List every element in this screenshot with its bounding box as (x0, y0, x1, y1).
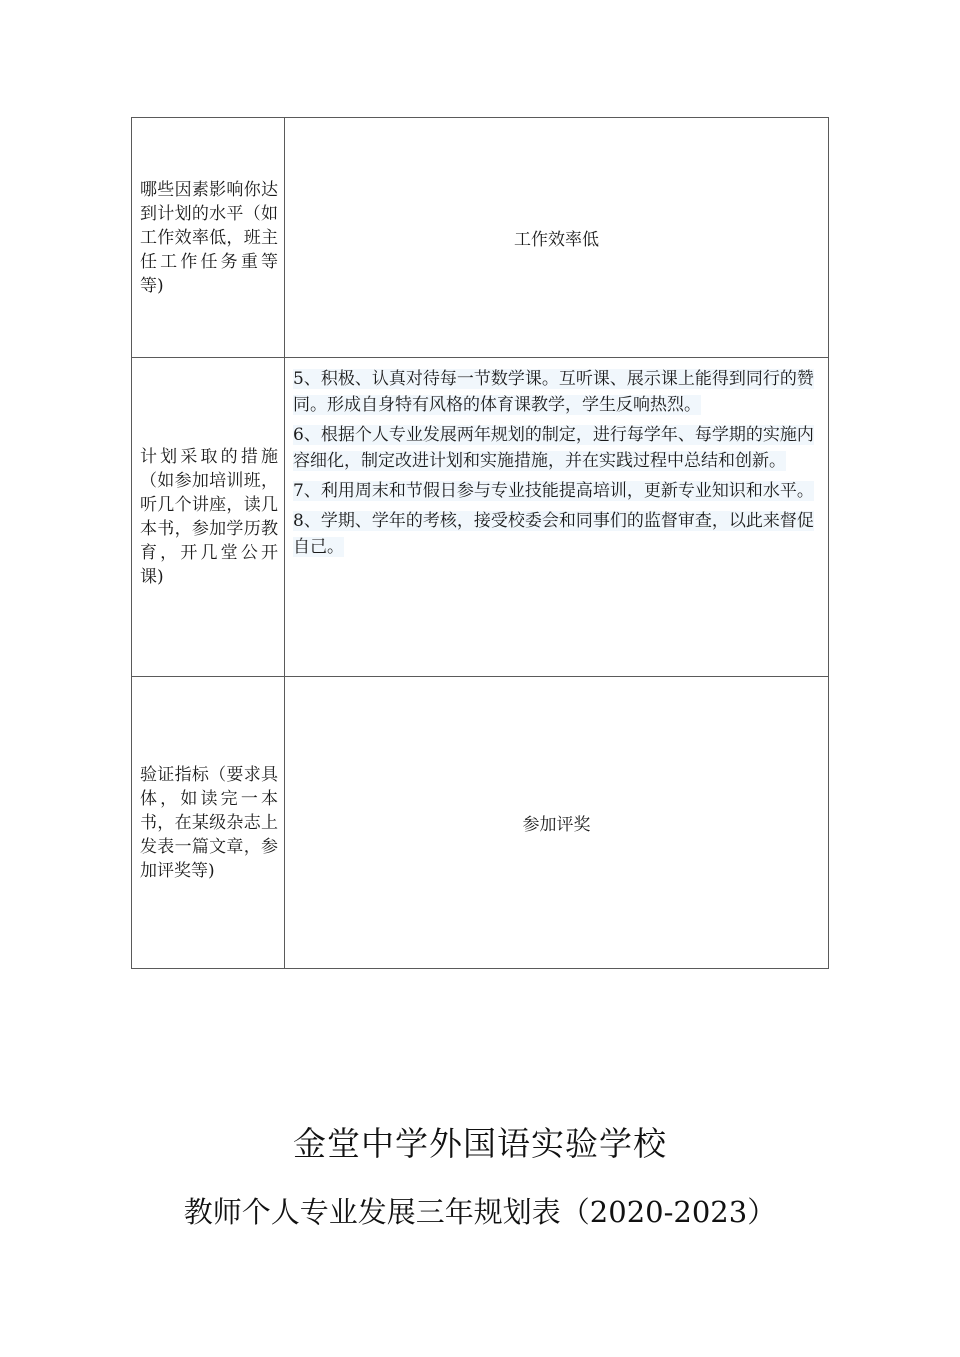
table-row-measures: 计划采取的措施（如参加培训班，听几个讲座，读几本书，参加学历教育，开几堂公开课)… (132, 358, 829, 677)
verification-label-cell: 验证指标（要求具体，如读完一本书，在某级杂志上发表一篇文章，参加评奖等) (132, 677, 285, 969)
factors-value: 工作效率低 (514, 230, 599, 250)
school-title: 金堂中学外国语实验学校 (0, 1118, 960, 1165)
measures-label-cell: 计划采取的措施（如参加培训班，听几个讲座，读几本书，参加学历教育，开几堂公开课) (132, 358, 285, 677)
measure-text: 5、积极、认真对待每一节数学课。互听课、展示课上能得到同行的赞同。形成自身特有风… (293, 369, 814, 415)
factors-label: 哪些因素影响你达到计划的水平（如工作效率低，班主任工作任务重等等) (140, 178, 278, 298)
plan-subtitle: 教师个人专业发展三年规划表（2020-2023） (0, 1190, 960, 1231)
measure-text: 8、学期、学年的考核，接受校委会和同事们的监督审查，以此来督促自己。 (293, 511, 814, 557)
table-row-factors: 哪些因素影响你达到计划的水平（如工作效率低，班主任工作任务重等等) 工作效率低 (132, 118, 829, 358)
measure-item: 8、学期、学年的考核，接受校委会和同事们的监督审查，以此来督促自己。 (293, 508, 820, 560)
verification-value: 参加评奖 (523, 815, 591, 835)
measures-value-cell: 5、积极、认真对待每一节数学课。互听课、展示课上能得到同行的赞同。形成自身特有风… (285, 358, 829, 677)
measure-text: 7、利用周末和节假日参与专业技能提高培训，更新专业知识和水平。 (293, 481, 814, 501)
plan-table: 哪些因素影响你达到计划的水平（如工作效率低，班主任工作任务重等等) 工作效率低 … (131, 117, 829, 969)
measure-item: 6、根据个人专业发展两年规划的制定，进行每学年、每学期的实施内容细化，制定改进计… (293, 422, 820, 474)
verification-label: 验证指标（要求具体，如读完一本书，在某级杂志上发表一篇文章，参加评奖等) (140, 763, 278, 883)
measure-text: 6、根据个人专业发展两年规划的制定，进行每学年、每学期的实施内容细化，制定改进计… (293, 425, 814, 471)
measure-item: 7、利用周末和节假日参与专业技能提高培训，更新专业知识和水平。 (293, 478, 820, 504)
factors-label-cell: 哪些因素影响你达到计划的水平（如工作效率低，班主任工作任务重等等) (132, 118, 285, 358)
factors-value-cell: 工作效率低 (285, 118, 829, 358)
measures-label: 计划采取的措施（如参加培训班，听几个讲座，读几本书，参加学历教育，开几堂公开课) (140, 445, 278, 589)
verification-value-cell: 参加评奖 (285, 677, 829, 969)
table-row-verification: 验证指标（要求具体，如读完一本书，在某级杂志上发表一篇文章，参加评奖等) 参加评… (132, 677, 829, 969)
measure-item: 5、积极、认真对待每一节数学课。互听课、展示课上能得到同行的赞同。形成自身特有风… (293, 366, 820, 418)
